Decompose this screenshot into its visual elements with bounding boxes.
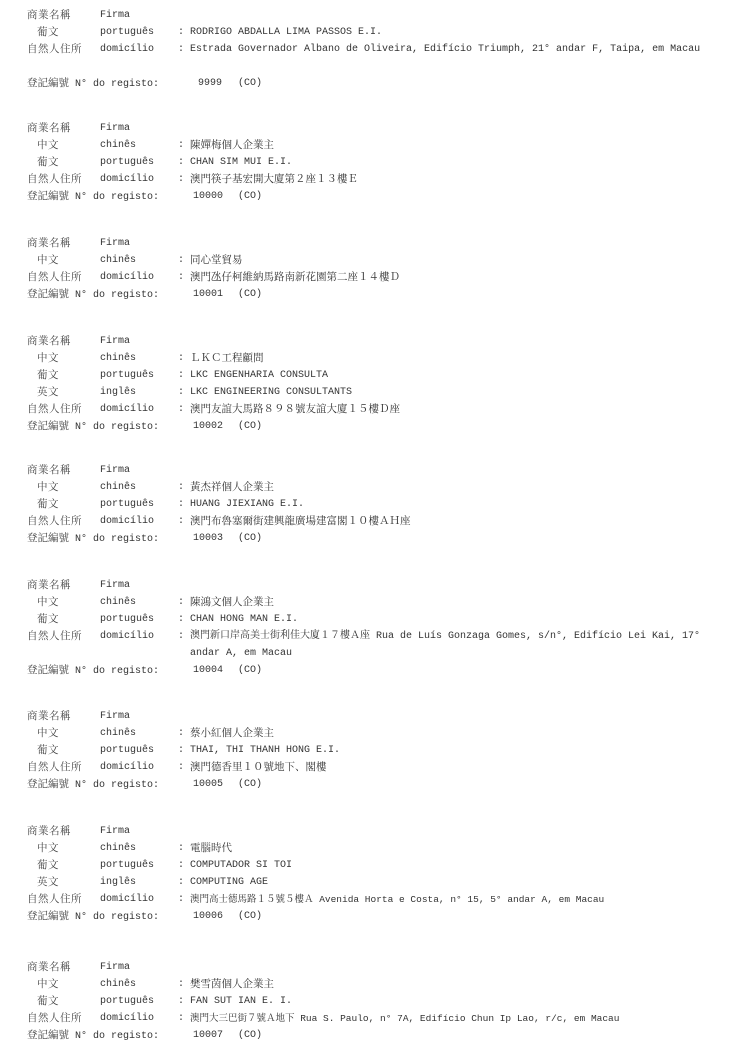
domicilio-label-zh: 自然人住所	[27, 759, 82, 776]
chines-row: 中文 chinês : ＬＫＣ工程顧問	[0, 350, 739, 367]
firma-row: 商業名稱 Firma	[0, 823, 739, 840]
firma-row: 商業名稱 Firma	[0, 959, 739, 976]
domicilio-row: 自然人住所 domicílio : 澳門德香里１０號地下、閣樓	[0, 759, 739, 776]
portugues-label-pt: português	[100, 496, 154, 513]
registo-label-pt: N° do registo:	[75, 422, 159, 433]
registo-label-zh: 登記編號	[27, 420, 69, 432]
firma-label-zh: 商業名稱	[27, 823, 71, 840]
portugues-label-pt: português	[100, 611, 154, 628]
domicilio-row: 自然人住所 domicílio : 澳門氹仔柯維納馬路南新花園第二座１４樓Ｄ	[0, 269, 739, 286]
chines-row: 中文 chinês : 蔡小紅個人企業主	[0, 725, 739, 742]
portugues-row: 葡文 português : LKC ENGENHARIA CONSULTA	[0, 367, 739, 384]
chines-name: 黃杰祥個人企業主	[190, 479, 274, 496]
colon: :	[178, 1010, 184, 1027]
registo-code: (CO)	[238, 75, 262, 92]
domicilio-row: 自然人住所 domicílio : 澳門大三巴街７號Ａ地下 Rua S. Pau…	[0, 1010, 739, 1027]
portugues-label-zh: 葡文	[37, 496, 59, 513]
domicilio-label-zh: 自然人住所	[27, 513, 82, 530]
colon: :	[178, 41, 184, 58]
colon: :	[178, 252, 184, 269]
domicilio-label-zh: 自然人住所	[27, 1010, 82, 1027]
registo-label-pt: N° do registo:	[75, 780, 159, 791]
domicilio-address: 澳門德香里１０號地下、閣樓	[190, 759, 327, 776]
colon: :	[178, 857, 184, 874]
registo-number: 10002	[193, 418, 223, 435]
firma-label-pt: Firma	[100, 823, 130, 840]
firma-label-pt: Firma	[100, 462, 130, 479]
chines-label-pt: chinês	[100, 479, 136, 496]
registo-label: 登記編號 N° do registo:	[27, 418, 159, 436]
portugues-label-pt: português	[100, 742, 154, 759]
domicilio-label-pt: domicílio	[100, 628, 154, 645]
domicilio-label-pt: domicílio	[100, 269, 154, 286]
registo-row: 登記編號 N° do registo: 10004 (CO)	[0, 662, 739, 679]
colon: :	[178, 594, 184, 611]
portugues-name: CHAN SIM MUI E.I.	[190, 154, 292, 171]
domicilio-label-pt: domicílio	[100, 513, 154, 530]
registo-number: 10007	[193, 1027, 223, 1044]
colon: :	[178, 513, 184, 530]
colon: :	[178, 367, 184, 384]
domicilio-address: 澳門友誼大馬路８９８號友誼大廈１５樓Ｄ座	[190, 401, 400, 418]
registo-row: 登記編號 N° do registo: 10005 (CO)	[0, 776, 739, 793]
chines-row: 中文 chinês : 陳嬋梅個人企業主	[0, 137, 739, 154]
chines-label-pt: chinês	[100, 137, 136, 154]
registo-number: 10001	[193, 286, 223, 303]
chines-label-pt: chinês	[100, 252, 136, 269]
colon: :	[178, 725, 184, 742]
ingles-label-zh: 英文	[37, 874, 59, 891]
firma-label-zh: 商業名稱	[27, 708, 71, 725]
registo-label-zh: 登記編號	[27, 910, 69, 922]
registry-entry-10002: 商業名稱 Firma 中文 chinês : ＬＫＣ工程顧問 葡文 portug…	[0, 333, 739, 435]
portugues-row: 葡文 português : FAN SUT IAN E. I.	[0, 993, 739, 1010]
domicilio-label-zh: 自然人住所	[27, 171, 82, 188]
colon: :	[178, 759, 184, 776]
colon: :	[178, 496, 184, 513]
domicilio-row: 自然人住所 domicílio : Estrada Governador Alb…	[0, 41, 739, 75]
portugues-row: 葡文 português : COMPUTADOR SI TOI	[0, 857, 739, 874]
chines-label-zh: 中文	[37, 350, 59, 367]
firma-label-zh: 商業名稱	[27, 333, 71, 350]
colon: :	[178, 840, 184, 857]
portugues-label-pt: português	[100, 857, 154, 874]
registo-code: (CO)	[238, 286, 262, 303]
ingles-label-pt: inglês	[100, 384, 136, 401]
portugues-label-zh: 葡文	[37, 742, 59, 759]
domicilio-label-pt: domicílio	[100, 891, 154, 908]
registry-entry-10006: 商業名稱 Firma 中文 chinês : 電腦時代 葡文 português…	[0, 823, 739, 925]
colon: :	[178, 976, 184, 993]
firma-row: 商業名稱 Firma	[0, 708, 739, 725]
ingles-name: LKC ENGINEERING CONSULTANTS	[190, 384, 352, 401]
colon: :	[178, 993, 184, 1010]
firma-label-pt: Firma	[100, 120, 130, 137]
registo-label-pt: N° do registo:	[75, 534, 159, 545]
chines-label-zh: 中文	[37, 479, 59, 496]
domicilio-label-zh: 自然人住所	[27, 269, 82, 286]
colon: :	[178, 154, 184, 171]
registry-entry-10005: 商業名稱 Firma 中文 chinês : 蔡小紅個人企業主 葡文 portu…	[0, 708, 739, 793]
portugues-name: CHAN HONG MAN E.I.	[190, 611, 298, 628]
domicilio-address: 澳門氹仔柯維納馬路南新花園第二座１４樓Ｄ	[190, 269, 400, 286]
chines-name: 陳嬋梅個人企業主	[190, 137, 274, 154]
chines-label-zh: 中文	[37, 840, 59, 857]
ingles-row: 英文 inglês : COMPUTING AGE	[0, 874, 739, 891]
registo-label: 登記編號 N° do registo:	[27, 662, 159, 680]
registo-code: (CO)	[238, 908, 262, 925]
firma-row: 商業名稱 Firma	[0, 120, 739, 137]
colon: :	[178, 384, 184, 401]
portugues-label-zh: 葡文	[37, 24, 59, 41]
portugues-row: 葡文 português : THAI, THI THANH HONG E.I.	[0, 742, 739, 759]
domicilio-label-pt: domicílio	[100, 1010, 154, 1027]
firma-label-pt: Firma	[100, 235, 130, 252]
registo-label: 登記編號 N° do registo:	[27, 530, 159, 548]
firma-label-zh: 商業名稱	[27, 577, 71, 594]
registo-label-zh: 登記編號	[27, 190, 69, 202]
domicilio-row: 自然人住所 domicílio : 澳門友誼大馬路８９８號友誼大廈１５樓Ｄ座	[0, 401, 739, 418]
chines-row: 中文 chinês : 黃杰祥個人企業主	[0, 479, 739, 496]
registo-code: (CO)	[238, 188, 262, 205]
chines-name: 蔡小紅個人企業主	[190, 725, 274, 742]
colon: :	[178, 24, 184, 41]
portugues-name: RODRIGO ABDALLA LIMA PASSOS E.I.	[190, 24, 382, 41]
registo-code: (CO)	[238, 530, 262, 547]
registo-row: 登記編號 N° do registo: 10000 (CO)	[0, 188, 739, 205]
chines-row: 中文 chinês : 陳鴻文個人企業主	[0, 594, 739, 611]
portugues-label-pt: português	[100, 993, 154, 1010]
chines-label-pt: chinês	[100, 840, 136, 857]
chines-label-zh: 中文	[37, 252, 59, 269]
chines-name: 電腦時代	[190, 840, 232, 857]
registo-number: 9999	[198, 75, 222, 92]
colon: :	[178, 269, 184, 286]
colon: :	[178, 874, 184, 891]
firma-row: 商業名稱 Firma	[0, 333, 739, 350]
firma-label-pt: Firma	[100, 708, 130, 725]
registo-label: 登記編號 N° do registo:	[27, 776, 159, 794]
domicilio-row: 自然人住所 domicílio : 澳門高士德馬路１５號５樓Ａ Avenida …	[0, 891, 739, 908]
chines-label-zh: 中文	[37, 976, 59, 993]
registo-row: 登記編號 N° do registo: 10003 (CO)	[0, 530, 739, 547]
portugues-name: LKC ENGENHARIA CONSULTA	[190, 367, 328, 384]
registo-number: 10006	[193, 908, 223, 925]
registo-row: 登記編號 N° do registo: 10002 (CO)	[0, 418, 739, 435]
portugues-name: FAN SUT IAN E. I.	[190, 993, 292, 1010]
registo-row: 登記編號 N° do registo: 10001 (CO)	[0, 286, 739, 303]
colon: :	[178, 742, 184, 759]
domicilio-label-pt: domicílio	[100, 401, 154, 418]
portugues-label-zh: 葡文	[37, 611, 59, 628]
firma-label-zh: 商業名稱	[27, 120, 71, 137]
domicilio-row: 自然人住所 domicílio : 澳門筷子基宏開大廈第２座１３樓Ｅ	[0, 171, 739, 188]
chines-label-pt: chinês	[100, 594, 136, 611]
domicilio-row: 自然人住所 domicílio : 澳門布魯塞爾街建興龍廣場建富閣１０樓ＡＨ座	[0, 513, 739, 530]
firma-label-zh: 商業名稱	[27, 462, 71, 479]
portugues-row: 葡文 português : CHAN HONG MAN E.I.	[0, 611, 739, 628]
registo-number: 10004	[193, 662, 223, 679]
domicilio-address: 澳門高士德馬路１５號５樓Ａ Avenida Horta e Costa, n° …	[190, 891, 604, 908]
portugues-label-zh: 葡文	[37, 857, 59, 874]
colon: :	[178, 401, 184, 418]
domicilio-label-pt: domicílio	[100, 171, 154, 188]
colon: :	[178, 137, 184, 154]
domicilio-label-zh: 自然人住所	[27, 41, 82, 58]
domicilio-label-zh: 自然人住所	[27, 401, 82, 418]
registry-entry-10003: 商業名稱 Firma 中文 chinês : 黃杰祥個人企業主 葡文 portu…	[0, 462, 739, 547]
registo-label-pt: N° do registo:	[75, 79, 159, 90]
firma-label-zh: 商業名稱	[27, 7, 71, 24]
registry-entry-10000: 商業名稱 Firma 中文 chinês : 陳嬋梅個人企業主 葡文 portu…	[0, 120, 739, 205]
portugues-row: 葡文 português : CHAN SIM MUI E.I.	[0, 154, 739, 171]
registo-label-zh: 登記編號	[27, 288, 69, 300]
colon: :	[178, 891, 184, 908]
registo-label-zh: 登記編號	[27, 778, 69, 790]
domicilio-address: Estrada Governador Albano de Oliveira, E…	[190, 41, 725, 58]
registo-row: 登記編號 N° do registo: 10007 (CO)	[0, 1027, 739, 1044]
firma-label-pt: Firma	[100, 7, 130, 24]
domicilio-label-pt: domicílio	[100, 41, 154, 58]
portugues-label-zh: 葡文	[37, 154, 59, 171]
registo-label: 登記編號 N° do registo:	[27, 188, 159, 206]
domicilio-address: 澳門大三巴街７號Ａ地下 Rua S. Paulo, n° 7A, Edifíci…	[190, 1010, 619, 1027]
chines-label-pt: chinês	[100, 725, 136, 742]
firma-label-zh: 商業名稱	[27, 959, 71, 976]
colon: :	[178, 350, 184, 367]
registry-entry-10001: 商業名稱 Firma 中文 chinês : 同心堂貿易 自然人住所 domic…	[0, 235, 739, 303]
firma-row: 商業名稱 Firma	[0, 7, 739, 24]
firma-row: 商業名稱 Firma	[0, 462, 739, 479]
chines-label-zh: 中文	[37, 725, 59, 742]
portugues-label-pt: português	[100, 24, 154, 41]
registry-entry-9999: 商業名稱 Firma 葡文 português : RODRIGO ABDALL…	[0, 7, 739, 92]
portugues-name: HUANG JIEXIANG E.I.	[190, 496, 304, 513]
colon: :	[178, 479, 184, 496]
portugues-row: 葡文 português : RODRIGO ABDALLA LIMA PASS…	[0, 24, 739, 41]
registo-code: (CO)	[238, 776, 262, 793]
portugues-label-zh: 葡文	[37, 993, 59, 1010]
domicilio-address: 澳門布魯塞爾街建興龍廣場建富閣１０樓ＡＨ座	[190, 513, 411, 530]
chines-label-zh: 中文	[37, 137, 59, 154]
ingles-label-pt: inglês	[100, 874, 136, 891]
registo-label: 登記編號 N° do registo:	[27, 286, 159, 304]
portugues-row: 葡文 português : HUANG JIEXIANG E.I.	[0, 496, 739, 513]
firma-row: 商業名稱 Firma	[0, 235, 739, 252]
registry-entry-10004: 商業名稱 Firma 中文 chinês : 陳鴻文個人企業主 葡文 portu…	[0, 577, 739, 679]
registo-code: (CO)	[238, 418, 262, 435]
chines-name: 樊雪茵個人企業主	[190, 976, 274, 993]
chines-row: 中文 chinês : 電腦時代	[0, 840, 739, 857]
portugues-label-pt: português	[100, 154, 154, 171]
domicilio-row: 自然人住所 domicílio : 澳門新口岸高美士街利佳大廈１７樓Ａ座 Rua…	[0, 628, 739, 662]
registo-label: 登記編號 N° do registo:	[27, 75, 159, 93]
registry-entry-10007: 商業名稱 Firma 中文 chinês : 樊雪茵個人企業主 葡文 portu…	[0, 959, 739, 1044]
ingles-row: 英文 inglês : LKC ENGINEERING CONSULTANTS	[0, 384, 739, 401]
registo-label: 登記編號 N° do registo:	[27, 1027, 159, 1045]
colon: :	[178, 171, 184, 188]
domicilio-label-pt: domicílio	[100, 759, 154, 776]
colon: :	[178, 611, 184, 628]
firma-label-zh: 商業名稱	[27, 235, 71, 252]
chines-label-pt: chinês	[100, 350, 136, 367]
registo-number: 10003	[193, 530, 223, 547]
registo-row: 登記編號 N° do registo: 10006 (CO)	[0, 908, 739, 925]
portugues-name: THAI, THI THANH HONG E.I.	[190, 742, 340, 759]
portugues-label-pt: português	[100, 367, 154, 384]
registo-label-pt: N° do registo:	[75, 666, 159, 677]
ingles-label-zh: 英文	[37, 384, 59, 401]
firma-label-pt: Firma	[100, 959, 130, 976]
registo-label-zh: 登記編號	[27, 77, 69, 89]
chines-label-pt: chinês	[100, 976, 136, 993]
chines-row: 中文 chinês : 樊雪茵個人企業主	[0, 976, 739, 993]
registo-code: (CO)	[238, 1027, 262, 1044]
registo-number: 10005	[193, 776, 223, 793]
registo-label-pt: N° do registo:	[75, 290, 159, 301]
registo-label-zh: 登記編號	[27, 664, 69, 676]
registo-label-pt: N° do registo:	[75, 192, 159, 203]
colon: :	[178, 628, 184, 645]
registo-row: 登記編號 N° do registo: 9999 (CO)	[0, 75, 739, 92]
domicilio-label-zh: 自然人住所	[27, 628, 82, 645]
chines-label-zh: 中文	[37, 594, 59, 611]
portugues-label-zh: 葡文	[37, 367, 59, 384]
registo-label-pt: N° do registo:	[75, 1031, 159, 1042]
registo-label: 登記編號 N° do registo:	[27, 908, 159, 926]
registo-label-zh: 登記編號	[27, 1029, 69, 1041]
chines-row: 中文 chinês : 同心堂貿易	[0, 252, 739, 269]
portugues-name: COMPUTADOR SI TOI	[190, 857, 292, 874]
ingles-name: COMPUTING AGE	[190, 874, 268, 891]
firma-label-pt: Firma	[100, 333, 130, 350]
chines-name: 同心堂貿易	[190, 252, 243, 269]
domicilio-label-zh: 自然人住所	[27, 891, 82, 908]
registo-code: (CO)	[238, 662, 262, 679]
domicilio-address: 澳門新口岸高美士街利佳大廈１７樓Ａ座 Rua de Luís Gonzaga G…	[190, 628, 725, 662]
chines-name: 陳鴻文個人企業主	[190, 594, 274, 611]
firma-row: 商業名稱 Firma	[0, 577, 739, 594]
registo-label-zh: 登記編號	[27, 532, 69, 544]
chines-name: ＬＫＣ工程顧問	[190, 350, 264, 367]
registo-label-pt: N° do registo:	[75, 912, 159, 923]
firma-label-pt: Firma	[100, 577, 130, 594]
domicilio-address: 澳門筷子基宏開大廈第２座１３樓Ｅ	[190, 171, 358, 188]
registo-number: 10000	[193, 188, 223, 205]
